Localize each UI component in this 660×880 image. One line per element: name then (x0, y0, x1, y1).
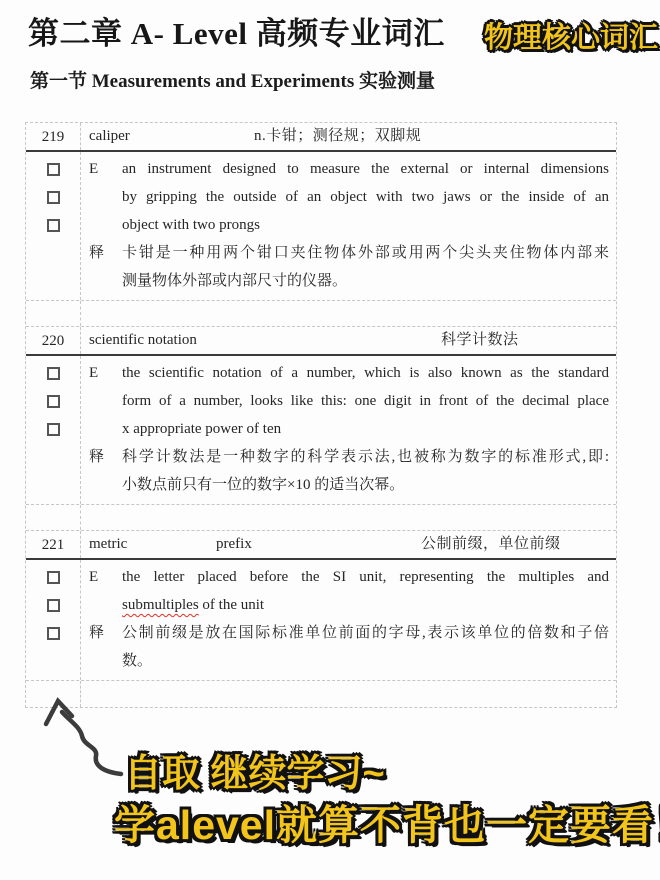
definition-line: an instrument designed to measure the ex… (122, 155, 609, 183)
spacer-row (26, 505, 616, 531)
term-english-part2: prefix (216, 530, 421, 559)
definition-label: E (89, 359, 122, 443)
physics-core-vocab-badge: 物理核心词汇 (484, 15, 658, 56)
entry-body: E the letter placed before the SI unit, … (81, 560, 616, 680)
spacer-row (26, 301, 616, 327)
definition-block: E the letter placed before the SI unit, … (89, 563, 609, 619)
explanation-line: 公制前缀是放在国际标准单位前面的字母,表示该单位的倍数和子倍 (122, 619, 609, 647)
review-checkbox (47, 367, 60, 380)
definition-line: the letter placed before the SI unit, re… (122, 563, 609, 591)
table-row-term-220: 220 scientific notation 科学计数法 (26, 327, 616, 356)
entry-number: 221 (26, 531, 81, 558)
definition-line: form of a number, looks like this: one d… (122, 387, 609, 415)
explanation-label: 释 (89, 239, 122, 295)
explanation-line: 数。 (122, 647, 609, 675)
entry-number: 219 (26, 123, 81, 150)
explanation-line: 卡钳是一种用两个钳口夹住物体外部或用两个尖头夹住物体内部来 (122, 239, 609, 267)
checkbox-column (26, 560, 81, 680)
explanation-line: 科学计数法是一种数字的科学表示法,也被称为数字的标准形式,即: (122, 443, 609, 471)
term-english: metric (89, 530, 216, 559)
review-checkbox (47, 163, 60, 176)
term-english: caliper (89, 122, 254, 151)
review-checkbox (47, 423, 60, 436)
term-cell: scientific notation 科学计数法 (81, 327, 616, 354)
definition-line-rest: of the unit (199, 597, 264, 613)
explanation-label: 释 (89, 619, 122, 675)
definition-label: E (89, 563, 122, 619)
review-checkbox (47, 599, 60, 612)
definition-block: E an instrument designed to measure the … (89, 155, 609, 239)
definition-line: by gripping the outside of an object wit… (122, 183, 609, 211)
definition-line: the scientific notation of a number, whi… (122, 359, 609, 387)
entry-number: 220 (26, 327, 81, 354)
explanation-line: 小数点前只有一位的数字×10 的适当次幂。 (122, 471, 609, 499)
table-row-body-221: E the letter placed before the SI unit, … (26, 560, 616, 681)
handwritten-note-line1: 自取 继续学习~ (124, 742, 385, 797)
term-gloss-chinese: 公制前缀，单位前缀 (421, 530, 561, 559)
explanation-block: 释 科学计数法是一种数字的科学表示法,也被称为数字的标准形式,即: 小数点前只有… (89, 443, 609, 499)
table-row-term-221: 221 metric prefix 公制前缀，单位前缀 (26, 531, 616, 560)
misspelled-word: submultiples (122, 597, 199, 613)
page-title: 第二章 A- Level 高频专业词汇 (28, 8, 445, 53)
handwritten-note-line2: 学alevel就算不背也一定要看！！ (114, 792, 660, 851)
explanation-block: 释 卡钳是一种用两个钳口夹住物体外部或用两个尖头夹住物体内部来 测量物体外部或内… (89, 239, 609, 295)
table-row-body-219: E an instrument designed to measure the … (26, 152, 616, 301)
definition-label: E (89, 155, 122, 239)
term-cell: caliper n.卡钳；测径规；双脚规 (81, 123, 616, 150)
term-cell: metric prefix 公制前缀，单位前缀 (81, 531, 616, 558)
vocabulary-table: 219 caliper n.卡钳；测径规；双脚规 E an instrument… (25, 122, 617, 708)
review-checkbox (47, 219, 60, 232)
term-gloss-chinese: 科学计数法 (441, 326, 519, 355)
definition-line: submultiples of the unit (122, 591, 609, 619)
table-row-term-219: 219 caliper n.卡钳；测径规；双脚规 (26, 123, 616, 152)
term-english: scientific notation (89, 326, 441, 355)
section-title: 第一节 Measurements and Experiments 实验测量 (30, 66, 435, 93)
explanation-line: 测量物体外部或内部尺寸的仪器。 (122, 267, 609, 295)
definition-line: x appropriate power of ten (122, 415, 609, 443)
review-checkbox (47, 395, 60, 408)
explanation-block: 释 公制前缀是放在国际标准单位前面的字母,表示该单位的倍数和子倍 数。 (89, 619, 609, 675)
table-row-body-220: E the scientific notation of a number, w… (26, 356, 616, 505)
curved-arrow-up-icon (16, 686, 136, 791)
checkbox-column (26, 152, 81, 300)
entry-body: E the scientific notation of a number, w… (81, 356, 616, 504)
review-checkbox (47, 627, 60, 640)
review-checkbox (47, 571, 60, 584)
explanation-label: 释 (89, 443, 122, 499)
checkbox-column (26, 356, 81, 504)
term-gloss-chinese: n.卡钳；测径规；双脚规 (254, 122, 421, 151)
definition-line: object with two prongs (122, 211, 609, 239)
definition-block: E the scientific notation of a number, w… (89, 359, 609, 443)
document-page: 第二章 A- Level 高频专业词汇 物理核心词汇 第一节 Measureme… (0, 0, 660, 880)
entry-body: E an instrument designed to measure the … (81, 152, 616, 300)
review-checkbox (47, 191, 60, 204)
